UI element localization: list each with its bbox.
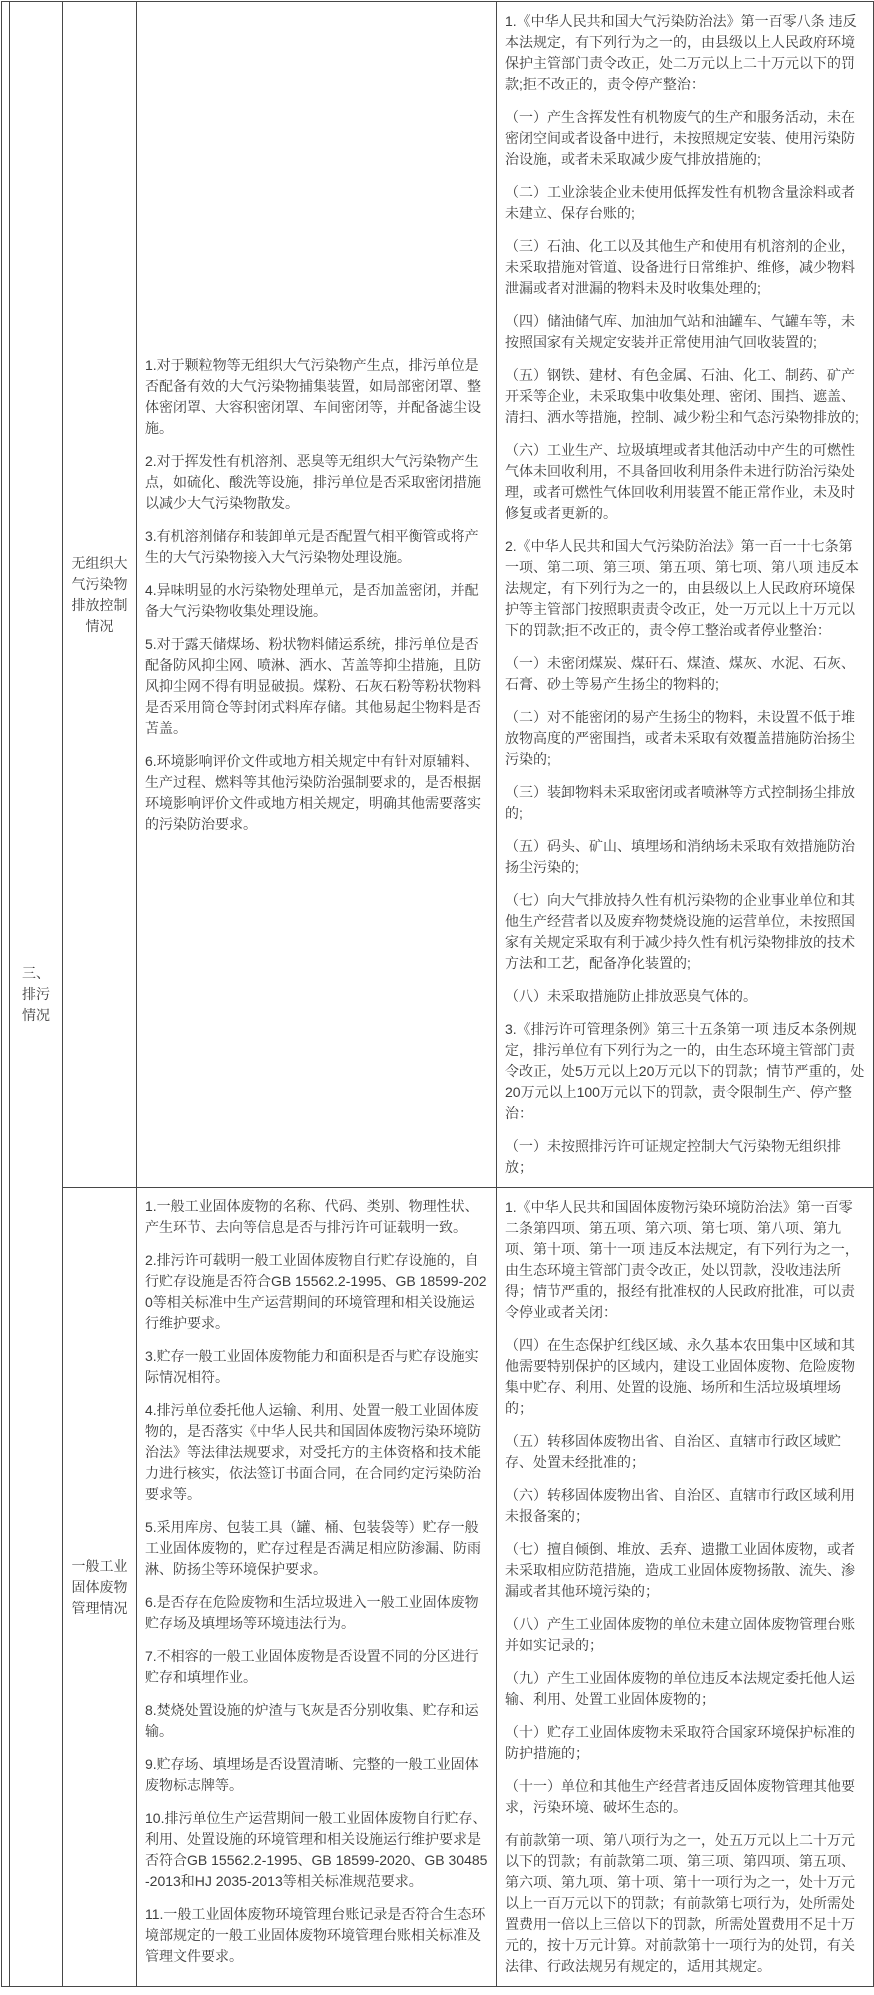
paragraph: 6.是否存在危险废物和生活垃圾进入一般工业固体废物贮存场及填埋场等环境违法行为。 bbox=[145, 1592, 488, 1634]
paragraph: 1.《中华人民共和国固体废物污染环境防治法》第一百零二条第四项、第五项、第六项、… bbox=[505, 1197, 865, 1323]
paragraph: 2.排污许可载明一般工业固体废物自行贮存设施的，自行贮存设施是否符合GB 155… bbox=[145, 1250, 488, 1334]
legal-basis-unorganized-air: 1.《中华人民共和国大气污染防治法》第一百零八条 违反本法规定，有下列行为之一的… bbox=[497, 2, 874, 1188]
paragraph: （六）转移固体废物出省、自治区、直辖市行政区域利用未报备案的； bbox=[505, 1485, 865, 1527]
paragraph: 5.对于露天储煤场、粉状物料储运系统，排污单位是否配备防风抑尘网、喷淋、洒水、苫… bbox=[145, 634, 488, 739]
paragraph: （一）未密闭煤炭、煤矸石、煤渣、煤灰、水泥、石灰、石膏、砂土等易产生扬尘的物料的… bbox=[505, 653, 865, 695]
paragraph: 1.《中华人民共和国大气污染防治法》第一百零八条 违反本法规定，有下列行为之一的… bbox=[505, 11, 865, 95]
category-unorganized-air-emissions: 无组织大气污染物排放控制情况 bbox=[63, 2, 137, 1188]
paragraph: 3.《排污许可管理条例》第三十五条第一项 违反本条例规定，排污单位有下列行为之一… bbox=[505, 1019, 865, 1124]
paragraph: （二）工业涂装企业未使用低挥发性有机物含量涂料或者未建立、保存台账的; bbox=[505, 182, 865, 224]
category-general-industrial-solid-waste: 一般工业固体废物管理情况 bbox=[63, 1188, 137, 1987]
paragraph: 1.对于颗粒物等无组织大气污染物产生点，排污单位是否配备有效的大气污染物捕集装置… bbox=[145, 355, 488, 439]
paragraph: 8.焚烧处置设施的炉渣与飞灰是否分别收集、贮存和运输。 bbox=[145, 1700, 488, 1742]
paragraph: （五）转移固体废物出省、自治区、直辖市行政区域贮存、处置未经批准的； bbox=[505, 1431, 865, 1473]
paragraph: 6.环境影响评价文件或地方相关规定中有针对原辅料、生产过程、燃料等其他污染防治强… bbox=[145, 751, 488, 835]
paragraph: （八）未采取措施防止排放恶臭气体的。 bbox=[505, 986, 865, 1007]
paragraph: 4.排污单位委托他人运输、利用、处置一般工业固体废物的，是否落实《中华人民共和国… bbox=[145, 1400, 488, 1505]
paragraph: （五）码头、矿山、填埋场和消纳场未采取有效措施防治扬尘污染的; bbox=[505, 836, 865, 878]
paragraph: （五）钢铁、建材、有色金属、石油、化工、制药、矿产开采等企业，未采取集中收集处理… bbox=[505, 365, 865, 428]
inspection-items-solid-waste: 1.一般工业固体废物的名称、代码、类别、物理性状、产生环节、去向等信息是否与排污… bbox=[137, 1188, 497, 1987]
paragraph: （六）工业生产、垃圾填埋或者其他活动中产生的可燃性气体未回收利用，不具备回收利用… bbox=[505, 440, 865, 524]
paragraph: （七）向大气排放持久性有机污染物的企业事业单位和其他生产经营者以及废弃物焚烧设施… bbox=[505, 890, 865, 974]
paragraph: （三）石油、化工以及其他生产和使用有机溶剂的企业，未采取措施对管道、设备进行日常… bbox=[505, 236, 865, 299]
paragraph: 2.《中华人民共和国大气污染防治法》第一百一十七条第一项、第二项、第三项、第五项… bbox=[505, 536, 865, 641]
paragraph: 3.有机溶剂储存和装卸单元是否配置气相平衡管或将产生的大气污染物接入大气污染物处… bbox=[145, 526, 488, 568]
paragraph: 5.采用库房、包装工具（罐、桶、包装袋等）贮存一般工业固体废物的，贮存过程是否满… bbox=[145, 1517, 488, 1580]
paragraph: （三）装卸物料未采取密闭或者喷淋等方式控制扬尘排放的; bbox=[505, 782, 865, 824]
cropped-next-row-strip bbox=[0, 1987, 874, 1995]
paragraph: 9.贮存场、填埋场是否设置清晰、完整的一般工业固体废物标志牌等。 bbox=[145, 1754, 488, 1796]
table-row: 一般工业固体废物管理情况 1.一般工业固体废物的名称、代码、类别、物理性状、产生… bbox=[2, 1188, 874, 1987]
paragraph: 有前款第一项、第八项行为之一，处五万元以上二十万元以下的罚款；有前款第二项、第三… bbox=[505, 1830, 865, 1977]
paragraph: 4.异味明显的水污染物处理单元，是否加盖密闭，并配备大气污染物收集处理设施。 bbox=[145, 580, 488, 622]
paragraph: （一）产生含挥发性有机物废气的生产和服务活动，未在密闭空间或者设备中进行，未按照… bbox=[505, 107, 865, 170]
paragraph: 11.一般工业固体废物环境管理台账记录是否符合生态环境部规定的一般工业固体废物环… bbox=[145, 1904, 488, 1967]
paragraph: （九）产生工业固体废物的单位违反本法规定委托他人运输、利用、处置工业固体废物的； bbox=[505, 1668, 865, 1710]
section-label: 三、排污情况 bbox=[10, 2, 63, 1987]
paragraph: 1.一般工业固体废物的名称、代码、类别、物理性状、产生环节、去向等信息是否与排污… bbox=[145, 1196, 488, 1238]
paragraph: （八）产生工业固体废物的单位未建立固体废物管理台账并如实记录的； bbox=[505, 1614, 865, 1656]
paragraph: （十一）单位和其他生产经营者违反固体废物管理其他要求，污染环境、破坏生态的。 bbox=[505, 1776, 865, 1818]
paragraph: 2.对于挥发性有机溶剂、恶臭等无组织大气污染物产生点，如硫化、酸洗等设施，排污单… bbox=[145, 451, 488, 514]
paragraph: 7.不相容的一般工业固体废物是否设置不同的分区进行贮存和填埋作业。 bbox=[145, 1646, 488, 1688]
legal-basis-solid-waste: 1.《中华人民共和国固体废物污染环境防治法》第一百零二条第四项、第五项、第六项、… bbox=[497, 1188, 874, 1987]
paragraph: （十）贮存工业固体废物未采取符合国家环境保护标准的防护措施的； bbox=[505, 1722, 865, 1764]
cropped-left-column bbox=[2, 2, 10, 1987]
paragraph: （四）储油储气库、加油加气站和油罐车、气罐车等，未按照国家有关规定安装并正常使用… bbox=[505, 311, 865, 353]
pollution-discharge-inspection-table: 三、排污情况 无组织大气污染物排放控制情况 1.对于颗粒物等无组织大气污染物产生… bbox=[1, 1, 874, 1987]
table-row: 三、排污情况 无组织大气污染物排放控制情况 1.对于颗粒物等无组织大气污染物产生… bbox=[2, 2, 874, 1188]
inspection-items-unorganized-air: 1.对于颗粒物等无组织大气污染物产生点，排污单位是否配备有效的大气污染物捕集装置… bbox=[137, 2, 497, 1188]
paragraph: （一）未按照排污许可证规定控制大气污染物无组织排放； bbox=[505, 1136, 865, 1178]
paragraph: 10.排污单位生产运营期间一般工业固体废物自行贮存、利用、处置设施的环境管理和相… bbox=[145, 1808, 488, 1892]
paragraph: （四）在生态保护红线区域、永久基本农田集中区域和其他需要特别保护的区域内，建设工… bbox=[505, 1335, 865, 1419]
paragraph: （七）擅自倾倒、堆放、丢弃、遗撒工业固体废物，或者未采取相应防范措施，造成工业固… bbox=[505, 1539, 865, 1602]
paragraph: （二）对不能密闭的易产生扬尘的物料，未设置不低于堆放物高度的严密围挡，或者未采取… bbox=[505, 707, 865, 770]
paragraph: 3.贮存一般工业固体废物能力和面积是否与贮存设施实际情况相符。 bbox=[145, 1346, 488, 1388]
